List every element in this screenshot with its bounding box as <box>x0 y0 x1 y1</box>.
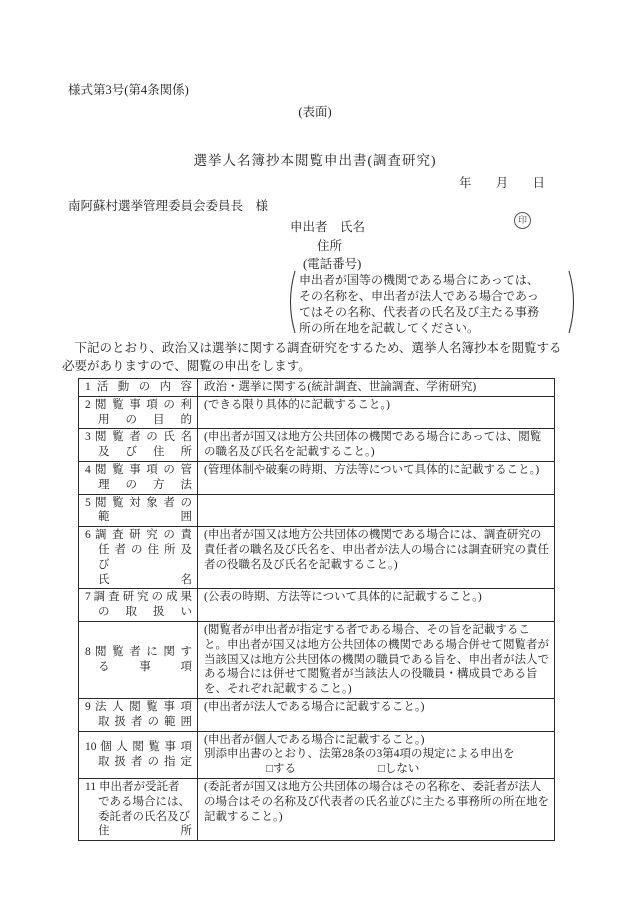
row-label-line: 取 扱 者 の 範 囲 <box>85 715 192 730</box>
table-row: 8 閲 覧 者 に 関 す る 事 項 (閲覧者が申出者が指定する者である場合、… <box>79 622 554 699</box>
row-label: 9 法 人 閲 覧 事 項 取 扱 者 の 範 囲 <box>79 699 198 731</box>
form-number: 様式第3号(第4条関係) <box>68 80 189 98</box>
row-value: (公表の時期、方法等について具体的に記載すること。) <box>198 589 554 621</box>
row-value: (申出者が国又は地方公共団体の機関である場合には、調査研究の責任者の職名及び氏名… <box>198 527 554 588</box>
application-table: 1 活 動 の 内 容 政治・選挙に関する(統計調査、世論調査、学術研究) 2 … <box>78 378 555 841</box>
row-label-line: 10 個 人 閲 覧 事 項 <box>85 740 192 755</box>
row-label-line: 範 囲 <box>85 510 192 525</box>
row-label-line: 理 の 方 法 <box>85 478 192 493</box>
checkbox-suru[interactable]: □する <box>266 762 296 777</box>
row-label-line: る 事 項 <box>85 660 192 675</box>
row-label-line: 2 閲 覧 事 項 の 利 <box>85 398 192 413</box>
row-label-line: 及 び 住 所 <box>85 445 192 460</box>
table-row: 3 閲 覧 者 の 氏 名 及 び 住 所 (申出者が国又は地方公共団体の機関で… <box>79 429 554 462</box>
row-label-line: 5 閲 覧 対 象 者 の <box>85 496 192 511</box>
date-year-label: 年 <box>459 173 472 191</box>
row-label-line: 任 者 の 住 所 及 び <box>85 543 192 573</box>
row-label: 8 閲 覧 者 に 関 す る 事 項 <box>79 622 198 698</box>
table-row: 7 調 査 研 究 の 成 果 の 取 扱 い (公表の時期、方法等について具体… <box>79 589 554 622</box>
row-value: (閲覧者が申出者が指定する者である場合、その旨を記載すること。申出者が国又は地方… <box>198 622 554 698</box>
row-label-line: 9 法 人 閲 覧 事 項 <box>85 700 192 715</box>
row-value-note: (申出者が個人である場合に記載すること。) <box>204 733 549 748</box>
row-value: (管理体制や破棄の時期、方法等について具体的に記載すること。) <box>198 462 554 494</box>
row-value: (委託者が国又は地方公共団体の場合はその名称を、委託者が法人の場合はその名称及び… <box>198 779 554 840</box>
row-label-line: 取 扱 者 の 指 定 <box>85 755 192 770</box>
page-title: 選挙人名簿抄本閲覧申出書(調査研究) <box>0 149 630 169</box>
date-line: 年 月 日 <box>459 173 545 191</box>
seal-icon: 印 <box>514 212 531 229</box>
row-label: 11 申出者が受託者 である場合には、 委託者の氏名及び 住 所 <box>79 779 198 840</box>
table-row: 2 閲 覧 事 項 の 利 用 の 目 的 (できる限り具体的に記載すること。) <box>79 397 554 430</box>
intro-paragraph: 下記のとおり、政治又は選挙に関する調査研究をするため、選挙人名簿抄本を閲覧する必… <box>62 340 564 375</box>
row-label-line: 委託者の氏名及び <box>85 810 192 825</box>
row-label-line: 住 所 <box>85 824 192 839</box>
addressee: 南阿蘇村選挙管理委員会委員長 様 <box>68 196 268 214</box>
row-label: 2 閲 覧 事 項 の 利 用 の 目 的 <box>79 397 198 429</box>
row-label-line: 6 調 査 研 究 の 責 <box>85 528 192 543</box>
left-paren-icon <box>285 270 296 339</box>
date-day-label: 日 <box>532 173 545 191</box>
applicant-address-label: 住所 <box>317 236 342 254</box>
row-label-line: 3 閲 覧 者 の 氏 名 <box>85 430 192 445</box>
applicant-note-text: 申出者が国等の機関である場合にあっては、 その名称を、申出者が法人である場合であ… <box>299 272 565 339</box>
row-label: 5 閲 覧 対 象 者 の 範 囲 <box>79 495 198 527</box>
date-month-label: 月 <box>496 173 509 191</box>
checkbox-shinai[interactable]: □しない <box>378 762 419 777</box>
table-row: 6 調 査 研 究 の 責 任 者 の 住 所 及 び 氏 名 (申出者が国又は… <box>79 527 554 589</box>
table-row: 1 活 動 の 内 容 政治・選挙に関する(統計調査、世論調査、学術研究) <box>79 379 554 397</box>
row-label-line: 1 活 動 の 内 容 <box>85 380 192 395</box>
row-label-line: の 取 扱 い <box>85 605 192 620</box>
row-label-line: である場合には、 <box>85 795 192 810</box>
row-label-line: 氏 名 <box>85 573 192 588</box>
row-value-fill <box>198 495 554 527</box>
row-value: (申出者が国又は地方公共団体の機関である場合にあっては、閲覧の職名及び氏名を記載… <box>198 429 554 461</box>
row-label-line: 11 申出者が受託者 <box>85 780 192 795</box>
applicant-note: 申出者が国等の機関である場合にあっては、 その名称を、申出者が法人である場合であ… <box>285 270 579 339</box>
applicant-name-label: 申出者 氏名 <box>290 217 365 235</box>
row-value: (できる限り具体的に記載すること。) <box>198 397 554 429</box>
row-label: 3 閲 覧 者 の 氏 名 及 び 住 所 <box>79 429 198 461</box>
row-label-line: 7 調 査 研 究 の 成 果 <box>85 590 192 605</box>
table-row: 11 申出者が受託者 である場合には、 委託者の氏名及び 住 所 (委託者が国又… <box>79 779 554 840</box>
row-label: 7 調 査 研 究 の 成 果 の 取 扱 い <box>79 589 198 621</box>
table-row: 10 個 人 閲 覧 事 項 取 扱 者 の 指 定 (申出者が個人である場合に… <box>79 732 554 779</box>
row-label-line: 4 閲 覧 事 項 の 管 <box>85 463 192 478</box>
right-paren-icon <box>568 270 579 339</box>
row-label-line: 用 の 目 的 <box>85 413 192 428</box>
row-label: 6 調 査 研 究 の 責 任 者 の 住 所 及 び 氏 名 <box>79 527 198 588</box>
row-value-statement: 別添申出書のとおり、法第28条の3第4項の規定による申出を <box>204 747 549 762</box>
table-row: 5 閲 覧 対 象 者 の 範 囲 <box>79 495 554 528</box>
side-label: (表面) <box>0 102 630 120</box>
row-value: (申出者が法人である場合に記載すること。) <box>198 699 554 731</box>
table-row: 4 閲 覧 事 項 の 管 理 の 方 法 (管理体制や破棄の時期、方法等につい… <box>79 462 554 495</box>
row-label: 1 活 動 の 内 容 <box>79 379 198 396</box>
form-page: 様式第3号(第4条関係) (表面) 選挙人名簿抄本閲覧申出書(調査研究) 年 月… <box>0 0 630 915</box>
row-label-line: 8 閲 覧 者 に 関 す <box>85 645 192 660</box>
table-row: 9 法 人 閲 覧 事 項 取 扱 者 の 範 囲 (申出者が法人である場合に記… <box>79 699 554 732</box>
row-value: (申出者が個人である場合に記載すること。) 別添申出書のとおり、法第28条の3第… <box>198 732 554 778</box>
row-label: 10 個 人 閲 覧 事 項 取 扱 者 の 指 定 <box>79 732 198 778</box>
row-value: 政治・選挙に関する(統計調査、世論調査、学術研究) <box>198 379 554 396</box>
checkbox-line: □する □しない <box>204 762 549 777</box>
row-label: 4 閲 覧 事 項 の 管 理 の 方 法 <box>79 462 198 494</box>
